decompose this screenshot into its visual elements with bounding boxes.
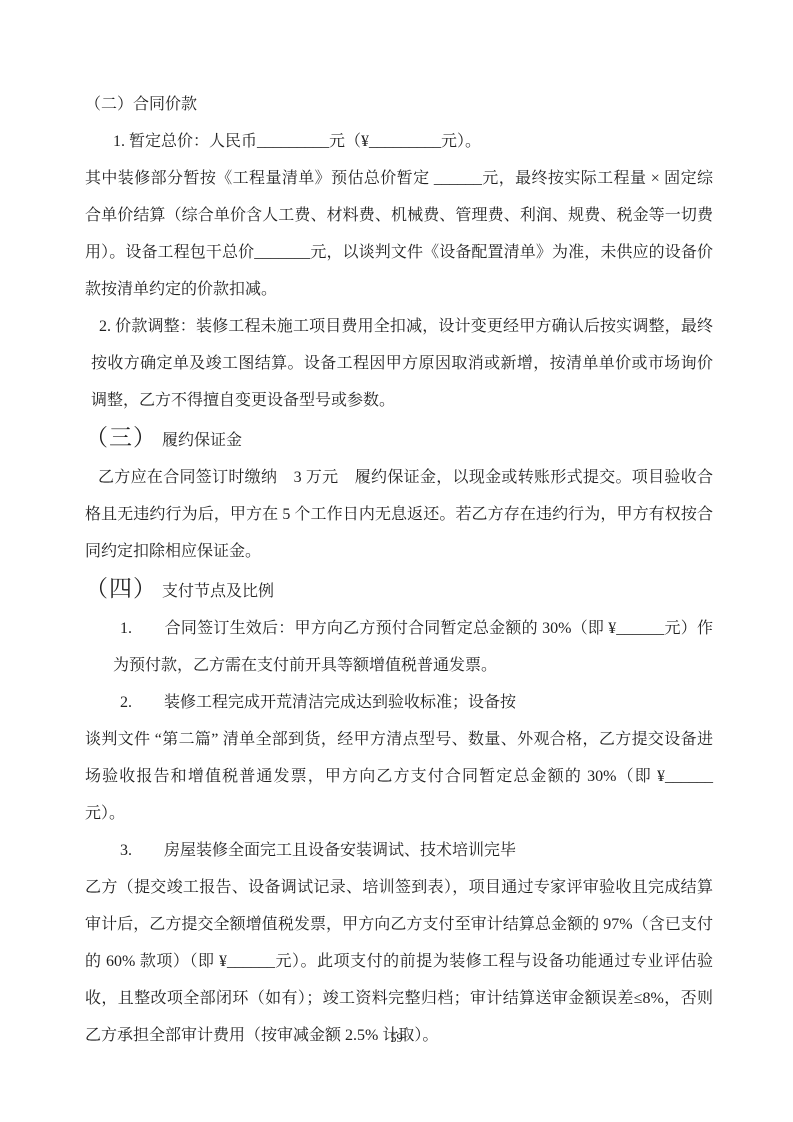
section-number: （二） <box>85 96 133 113</box>
payment-item-1-advance: 1. 合同签订生效后：甲方向乙方预付合同暂定总金额的 30%（即 ¥______… <box>85 610 713 684</box>
payment-item-2-heading: 2. 装修工程完成开荒清洁完成达到验收标准；设备按 <box>85 684 713 721</box>
section-heading-payment-schedule: （四）支付节点及比例 <box>85 570 713 610</box>
payment-item-3-body: 乙方（提交竣工报告、设备调试记录、培训签到表），项目通过专家评审验收且完成结算审… <box>85 869 713 1054</box>
document-page: （二）合同价款 1. 暂定总价：人民币_________元（¥_________… <box>0 0 793 1122</box>
section-number: （三） <box>85 425 157 450</box>
section-number: （四） <box>85 576 157 601</box>
section-title: 履约保证金 <box>162 432 242 449</box>
section-heading-performance-bond: （三）履约保证金 <box>85 419 713 459</box>
contract-body: （二）合同价款 1. 暂定总价：人民币_________元（¥_________… <box>85 86 713 1054</box>
clause-price-adjustment: 2. 价款调整：装修工程未施工项目费用全扣减，设计变更经甲方确认后按实调整，最终… <box>85 308 713 419</box>
clause-provisional-total-price: 1. 暂定总价：人民币_________元（¥_________元）。 <box>85 123 713 160</box>
para-decoration-equipment-pricing: 其中装修部分暂按《工程量清单》预估总价暂定 ______元，最终按实际工程量 ×… <box>85 160 713 308</box>
payment-item-2-body: 谈判文件 “第二篇” 清单全部到货，经甲方清点型号、数量、外观合格，乙方提交设备… <box>85 721 713 832</box>
payment-item-3-heading: 3. 房屋装修全面完工且设备安装调试、技术培训完毕 <box>85 832 713 869</box>
para-performance-bond-terms: 乙方应在合同签订时缴纳 3 万元 履约保证金，以现金或转账形式提交。项目验收合格… <box>85 459 713 570</box>
section-title: 支付节点及比例 <box>162 583 274 600</box>
section-title: 合同价款 <box>133 96 197 113</box>
page-number: 59 <box>0 1031 793 1046</box>
section-heading-contract-price: （二）合同价款 <box>85 86 713 123</box>
